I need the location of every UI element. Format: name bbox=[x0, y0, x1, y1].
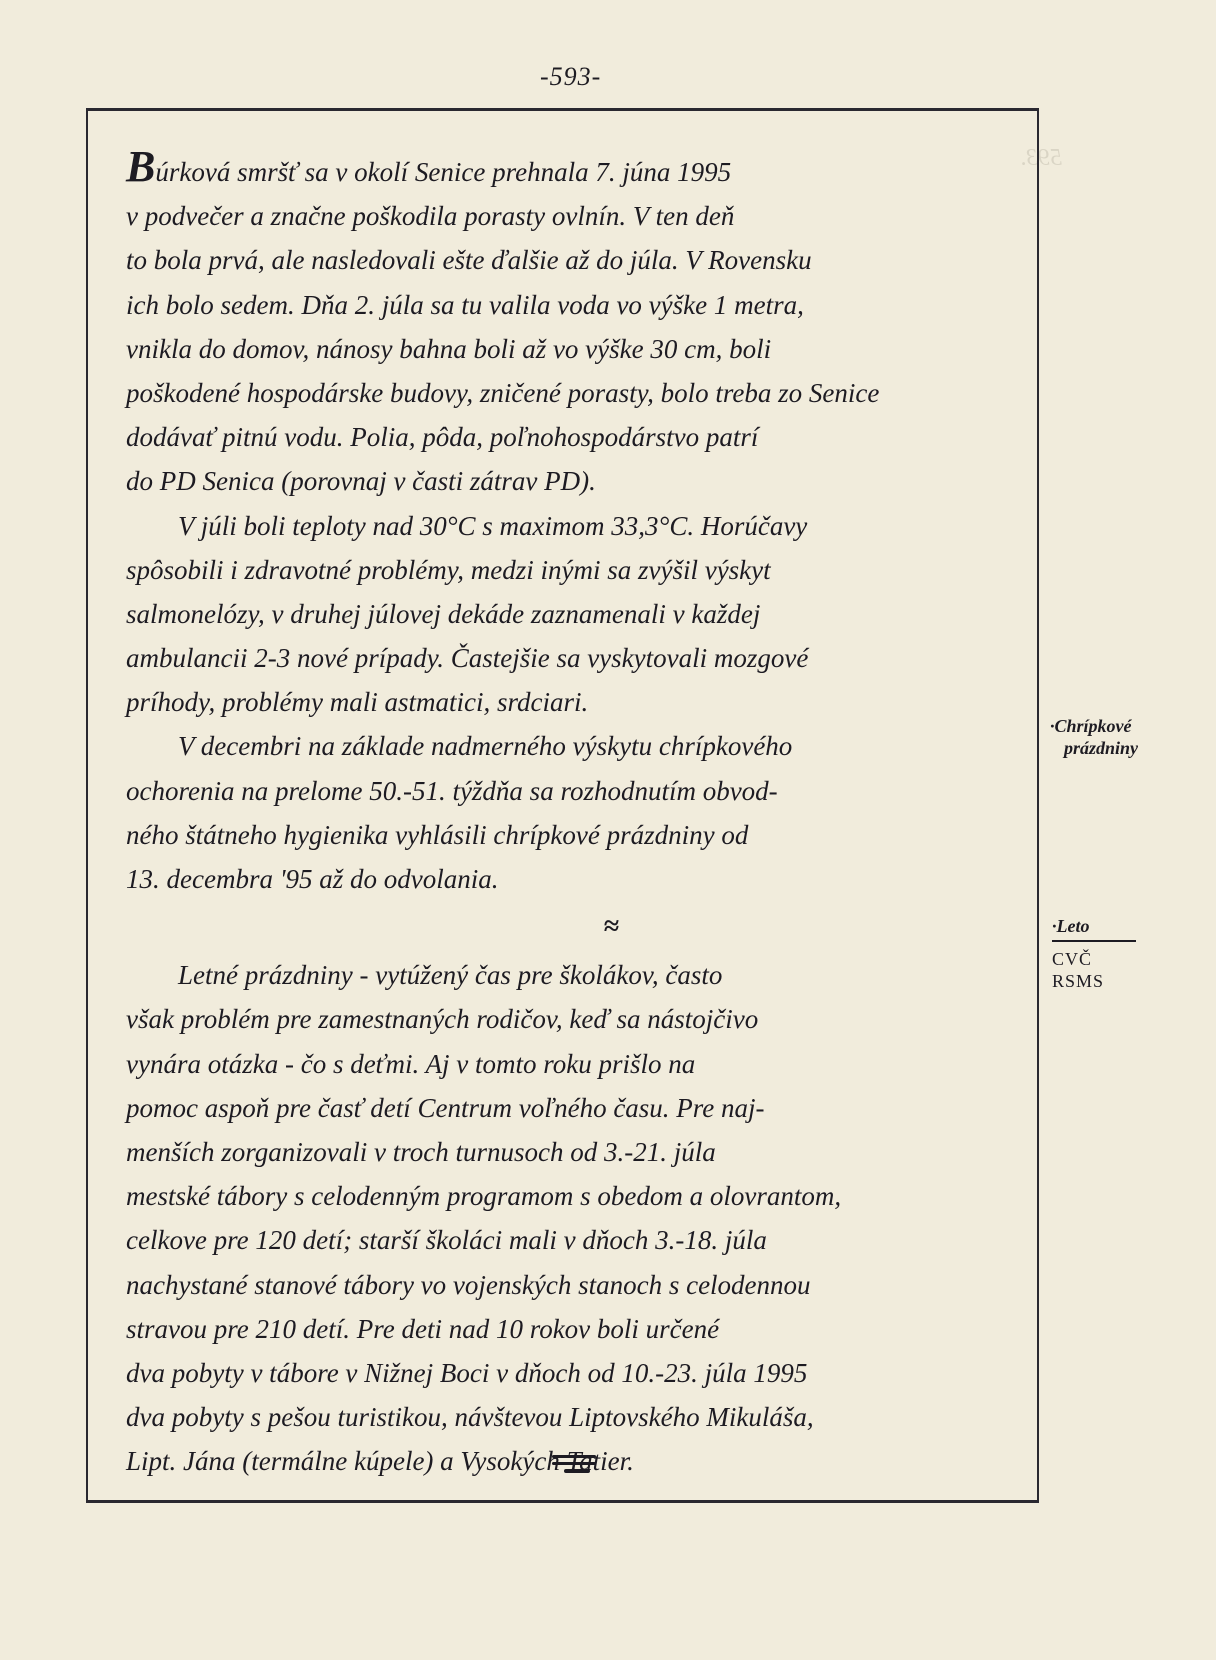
text-line: v podvečer a značne poškodila porasty ov… bbox=[126, 194, 1016, 238]
text-line: nachystané stanové tábory vo vojenských … bbox=[126, 1263, 1016, 1307]
margin-note-summer: ·Leto CVČ RSMS bbox=[1052, 915, 1136, 992]
paragraph-summer: Letné prázdniny - vytúžený čas pre školá… bbox=[126, 953, 1016, 1483]
margin-note-line: CVČ bbox=[1052, 948, 1136, 970]
text-line: však problém pre zamestnaných rodičov, k… bbox=[126, 997, 1016, 1041]
paragraph-storm: Búrková smršť sa v okolí Senice prehnala… bbox=[126, 150, 1016, 504]
text-line: ambulancii 2-3 nové prípady. Častejšie s… bbox=[126, 636, 1016, 680]
end-separator-mark bbox=[552, 1455, 596, 1477]
page-number: -593- bbox=[540, 62, 601, 92]
end-mark-stroke bbox=[552, 1455, 596, 1458]
text-line: 13. decembra '95 až do odvolania. bbox=[126, 857, 1016, 901]
text-line: ochorenia na prelome 50.-51. týždňa sa r… bbox=[126, 769, 1016, 813]
paragraph-heat: V júli boli teploty nad 30°C s maximom 3… bbox=[126, 504, 1016, 725]
text-line: dva pobyty v tábore v Nižnej Boci v dňoc… bbox=[126, 1351, 1016, 1395]
text-line: poškodené hospodárske budovy, zničené po… bbox=[126, 371, 1016, 415]
margin-note-underline bbox=[1052, 940, 1136, 942]
text-line: celkove pre 120 detí; starší školáci mal… bbox=[126, 1218, 1016, 1262]
paragraph-flu: V decembri na základe nadmerného výskytu… bbox=[126, 724, 1016, 901]
text-line: vynára otázka - čo s deťmi. Aj v tomto r… bbox=[126, 1042, 1016, 1086]
margin-note-line: ·Leto bbox=[1052, 915, 1136, 937]
text-line: Letné prázdniny - vytúžený čas pre školá… bbox=[126, 953, 1016, 997]
end-mark-stroke bbox=[552, 1462, 596, 1465]
section-separator: ≈ bbox=[126, 901, 1016, 953]
margin-note-line: ·Chrípkové bbox=[1050, 715, 1138, 737]
initial-capital: B bbox=[126, 142, 155, 191]
text-line: pomoc aspoň pre časť detí Centrum voľnéh… bbox=[126, 1086, 1016, 1130]
margin-note-line: prázdniny bbox=[1050, 737, 1138, 759]
text-line: salmonelózy, v druhej júlovej dekáde zaz… bbox=[126, 592, 1016, 636]
text-line: dva pobyty s pešou turistikou, návštevou… bbox=[126, 1395, 1016, 1439]
text-line: V júli boli teploty nad 30°C s maximom 3… bbox=[126, 504, 1016, 548]
text-line: príhody, problémy mali astmatici, srdcia… bbox=[126, 680, 1016, 724]
text-line: ného štátneho hygienika vyhlásili chrípk… bbox=[126, 813, 1016, 857]
chronicle-text: Búrková smršť sa v okolí Senice prehnala… bbox=[126, 150, 1016, 1483]
text-line: mestské tábory s celodenným programom s … bbox=[126, 1174, 1016, 1218]
text-line: Búrková smršť sa v okolí Senice prehnala… bbox=[126, 150, 1016, 194]
margin-note-flu: ·Chrípkové prázdniny bbox=[1050, 715, 1138, 759]
text-line: ich bolo sedem. Dňa 2. júla sa tu valila… bbox=[126, 283, 1016, 327]
text-line: V decembri na základe nadmerného výskytu… bbox=[126, 724, 1016, 768]
text-line: stravou pre 210 detí. Pre deti nad 10 ro… bbox=[126, 1307, 1016, 1351]
text-line: vnikla do domov, nánosy bahna boli až vo… bbox=[126, 327, 1016, 371]
end-mark-stroke bbox=[564, 1469, 590, 1473]
margin-note-line: RSMS bbox=[1052, 970, 1136, 992]
text-line: to bola prvá, ale nasledovali ešte ďalši… bbox=[126, 238, 1016, 282]
text-line: spôsobili i zdravotné problémy, medzi in… bbox=[126, 548, 1016, 592]
text-line: menších zorganizovali v troch turnusoch … bbox=[126, 1130, 1016, 1174]
text-line: do PD Senica (porovnaj v časti zátrav PD… bbox=[126, 459, 1016, 503]
text-line: dodávať pitnú vodu. Polia, pôda, poľnoho… bbox=[126, 415, 1016, 459]
